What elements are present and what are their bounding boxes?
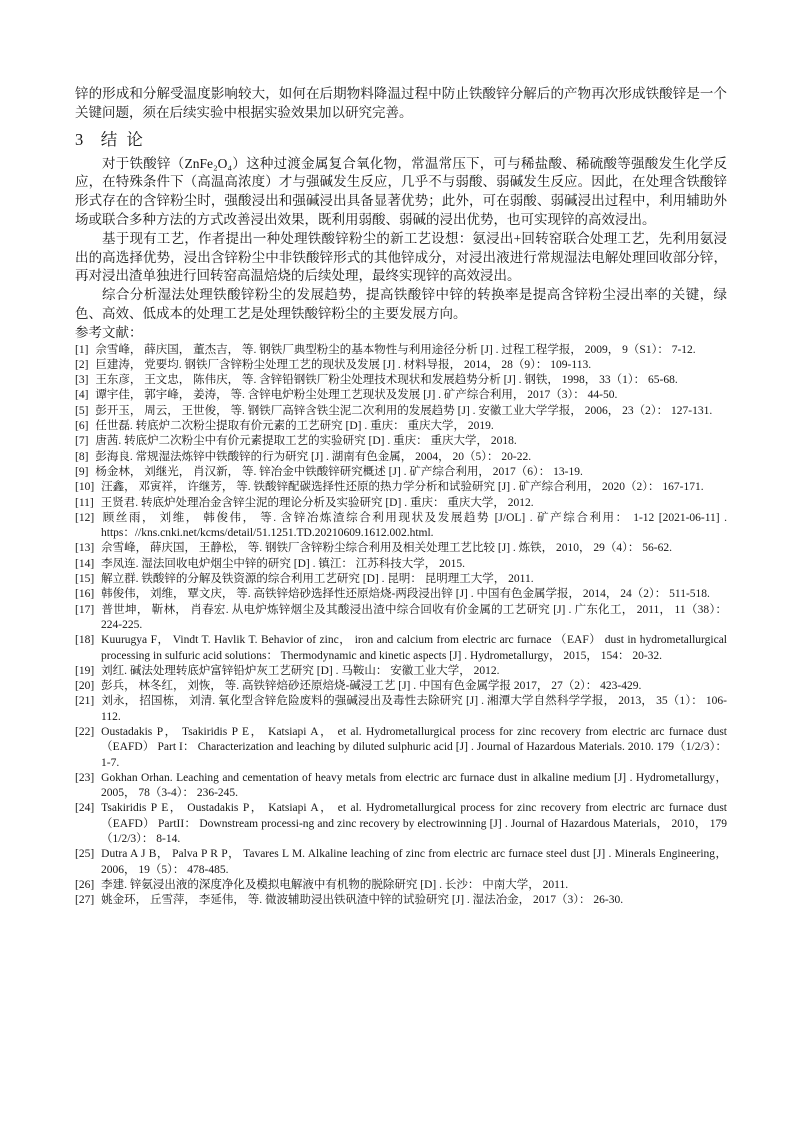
reference-label: [19] xyxy=(75,665,94,677)
reference-label: [27] xyxy=(75,894,94,906)
conclusion-paragraph-2: 基于现有工艺，作者提出一种处理铁酸锌粉尘的新工艺设想：氨浸出+回转窑联合处理工艺… xyxy=(75,230,727,286)
reference-item: [16]韩俊伟， 刘维， 覃文庆， 等. 高铁锌焙砂选择性还原焙烧-两段浸出锌 … xyxy=(75,587,727,602)
reference-label: [14] xyxy=(75,558,94,570)
reference-item: [9]杨金林， 刘继光， 肖汉新， 等. 锌冶金中铁酸锌研究概述 [J] . 矿… xyxy=(75,465,727,480)
reference-item: [2]巨建涛， 党要均. 钢铁厂含锌粉尘处理工艺的现状及发展 [J] . 材料导… xyxy=(75,358,727,373)
reference-item: [26]李建. 锌氨浸出液的深度净化及模拟电解液中有机物的脱除研究 [D] . … xyxy=(75,878,727,893)
reference-label: [2] xyxy=(75,359,88,371)
reference-item: [14]李凤连. 湿法回收电炉烟尘中锌的研究 [D] . 镇江： 江苏科技大学，… xyxy=(75,557,727,572)
reference-label: [12] xyxy=(75,512,94,524)
reference-text: 任世磊. 转底炉二次粉尘提取有价元素的工艺研究 [D] . 重庆： 重庆大学， … xyxy=(95,420,493,432)
reference-item: [21]刘永， 招国栋， 刘清. 氧化型含锌危险废料的强碱浸出及毒性去除研究 [… xyxy=(75,694,727,725)
reference-item: [6]任世磊. 转底炉二次粉尘提取有价元素的工艺研究 [D] . 重庆： 重庆大… xyxy=(75,419,727,434)
reference-text: 刘永， 招国栋， 刘清. 氧化型含锌危险废料的强碱浸出及毒性去除研究 [J] .… xyxy=(101,695,727,722)
reference-item: [3]王东彦， 王文忠， 陈伟庆， 等. 含锌铅钢铁厂粉尘处理技术现状和发展趋势… xyxy=(75,373,727,388)
reference-label: [8] xyxy=(75,451,88,463)
reference-label: [6] xyxy=(75,420,88,432)
reference-text: Gokhan Orhan. Leaching and cementation o… xyxy=(101,772,727,799)
reference-text: 顾丝雨， 刘维， 韩俊伟， 等. 含锌冶炼渣综合利用现状及发展趋势 [J/OL]… xyxy=(101,512,727,539)
reference-item: [17]普世坤， 靳林， 肖春宏. 从电炉炼锌烟尘及其酸浸出渣中综合回收有价金属… xyxy=(75,603,727,634)
reference-label: [22] xyxy=(75,726,94,738)
reference-label: [25] xyxy=(75,848,94,860)
reference-label: [13] xyxy=(75,542,94,554)
reference-item: [7]唐茜. 转底炉二次粉尘中有价元素提取工艺的实验研究 [D] . 重庆： 重… xyxy=(75,434,727,449)
reference-text: 彭兵， 林冬红， 刘恢， 等. 高铁锌焙砂还原焙烧-碱浸工艺 [J] . 中国有… xyxy=(101,680,641,692)
reference-label: [18] xyxy=(75,634,94,646)
paper-page: 锌的形成和分解受温度影响较大，如何在后期物料降温过程中防止铁酸锌分解后的产物再次… xyxy=(0,0,793,1122)
reference-label: [7] xyxy=(75,435,88,447)
section-heading: 3结 论 xyxy=(75,129,727,151)
reference-item: [25]Dutra A J B， Palva P R P， Tavares L … xyxy=(75,847,727,878)
reference-text: 唐茜. 转底炉二次粉尘中有价元素提取工艺的实验研究 [D] . 重庆： 重庆大学… xyxy=(95,435,516,447)
reference-text: Kuurugya F， Vindt T. Havlik T. Behavior … xyxy=(101,634,727,661)
reference-text: 李凤连. 湿法回收电炉烟尘中锌的研究 [D] . 镇江： 江苏科技大学， 201… xyxy=(101,558,465,570)
reference-item: [22]Oustadakis P， Tsakiridis P E， Katsia… xyxy=(75,725,727,771)
reference-text: Tsakiridis P E， Oustadakis P， Katsiapi A… xyxy=(101,802,727,845)
reference-item: [11]王贤君. 转底炉处理冶金含锌尘泥的理论分析及实验研究 [D] . 重庆：… xyxy=(75,496,727,511)
reference-item: [1]佘雪峰， 薛庆国， 董杰吉， 等. 钢铁厂典型粉尘的基本物性与利用途径分析… xyxy=(75,343,727,358)
reference-item: [23]Gokhan Orhan. Leaching and cementati… xyxy=(75,771,727,802)
reference-text: 王贤君. 转底炉处理冶金含锌尘泥的理论分析及实验研究 [D] . 重庆： 重庆大… xyxy=(101,497,534,509)
reference-item: [13]佘雪峰， 薛庆国， 王静松， 等. 钢铁厂含锌粉尘综合利用及相关处理工艺… xyxy=(75,541,727,556)
references-heading: 参考文献： xyxy=(75,324,727,343)
reference-text: 王东彦， 王文忠， 陈伟庆， 等. 含锌铅钢铁厂粉尘处理技术现状和发展趋势分析 … xyxy=(95,374,677,386)
reference-item: [4]谭宇佳， 郭宇峰， 姜涛， 等. 含锌电炉粉尘处理工艺现状及发展 [J] … xyxy=(75,388,727,403)
reference-text: Dutra A J B， Palva P R P， Tavares L M. A… xyxy=(101,848,727,875)
reference-label: [26] xyxy=(75,879,94,891)
reference-text: 李建. 锌氨浸出液的深度净化及模拟电解液中有机物的脱除研究 [D] . 长沙： … xyxy=(101,879,568,891)
reference-item: [27]姚金环， 丘雪萍， 李延伟， 等. 微波辅助浸出铁矾渣中锌的试验研究 [… xyxy=(75,893,727,908)
reference-text: 汪鑫， 邓寅祥， 许继芳， 等. 铁酸锌配碳选择性还原的热力学分析和试验研究 [… xyxy=(101,481,703,493)
reference-text: 刘红. 碱法处理转底炉富锌铅炉灰工艺研究 [D] . 马鞍山： 安徽工业大学， … xyxy=(101,665,499,677)
reference-label: [10] xyxy=(75,481,94,493)
reference-item: [8]彭海良. 常规湿法炼锌中铁酸锌的行为研究 [J] . 湖南有色金属， 20… xyxy=(75,450,727,465)
conclusion-paragraph-3: 综合分析湿法处理铁酸锌粉尘的发展趋势，提高铁酸锌中锌的转换率是提高含锌粉尘浸出率… xyxy=(75,286,727,324)
reference-text: 彭海良. 常规湿法炼锌中铁酸锌的行为研究 [J] . 湖南有色金属， 2004，… xyxy=(95,451,531,463)
reference-label: [24] xyxy=(75,802,94,814)
reference-text: Oustadakis P， Tsakiridis P E， Katsiapi A… xyxy=(101,726,727,769)
reference-item: [18]Kuurugya F， Vindt T. Havlik T. Behav… xyxy=(75,633,727,664)
reference-label: [15] xyxy=(75,573,94,585)
reference-item: [15]解立群. 铁酸锌的分解及铁资源的综合利用工艺研究 [D] . 昆明： 昆… xyxy=(75,572,727,587)
reference-item: [19]刘红. 碱法处理转底炉富锌铅炉灰工艺研究 [D] . 马鞍山： 安徽工业… xyxy=(75,664,727,679)
reference-text: 普世坤， 靳林， 肖春宏. 从电炉炼锌烟尘及其酸浸出渣中综合回收有价金属的工艺研… xyxy=(101,604,727,631)
reference-label: [20] xyxy=(75,680,94,692)
reference-text: 彭开玉， 周云， 王世俊， 等. 钢铁厂高锌含铁尘泥二次利用的发展趋势 [J] … xyxy=(95,405,712,417)
reference-label: [16] xyxy=(75,588,94,600)
reference-text: 谭宇佳， 郭宇峰， 姜涛， 等. 含锌电炉粉尘处理工艺现状及发展 [J] . 矿… xyxy=(95,389,617,401)
reference-item: [5]彭开玉， 周云， 王世俊， 等. 钢铁厂高锌含铁尘泥二次利用的发展趋势 [… xyxy=(75,404,727,419)
reference-text: 韩俊伟， 刘维， 覃文庆， 等. 高铁锌焙砂选择性还原焙烧-两段浸出锌 [J] … xyxy=(101,588,710,600)
reference-label: [3] xyxy=(75,374,88,386)
reference-label: [1] xyxy=(75,344,88,356)
reference-item: [12]顾丝雨， 刘维， 韩俊伟， 等. 含锌冶炼渣综合利用现状及发展趋势 [J… xyxy=(75,511,727,542)
reference-label: [17] xyxy=(75,604,94,616)
reference-label: [4] xyxy=(75,389,88,401)
reference-label: [21] xyxy=(75,695,94,707)
reference-text: 杨金林， 刘继光， 肖汉新， 等. 锌冶金中铁酸锌研究概述 [J] . 矿产综合… xyxy=(95,466,582,478)
reference-item: [24]Tsakiridis P E， Oustadakis P， Katsia… xyxy=(75,801,727,847)
intro-paragraph: 锌的形成和分解受温度影响较大，如何在后期物料降温过程中防止铁酸锌分解后的产物再次… xyxy=(75,85,727,123)
section-number: 3 xyxy=(75,130,84,149)
reference-label: [11] xyxy=(75,497,94,509)
reference-text: 姚金环， 丘雪萍， 李延伟， 等. 微波辅助浸出铁矾渣中锌的试验研究 [J] .… xyxy=(101,894,623,906)
reference-item: [20]彭兵， 林冬红， 刘恢， 等. 高铁锌焙砂还原焙烧-碱浸工艺 [J] .… xyxy=(75,679,727,694)
reference-text: 佘雪峰， 薛庆国， 王静松， 等. 钢铁厂含锌粉尘综合利用及相关处理工艺比较 [… xyxy=(101,542,672,554)
reference-label: [5] xyxy=(75,405,88,417)
reference-list: [1]佘雪峰， 薛庆国， 董杰吉， 等. 钢铁厂典型粉尘的基本物性与利用途径分析… xyxy=(75,343,727,909)
reference-text: 巨建涛， 党要均. 钢铁厂含锌粉尘处理工艺的现状及发展 [J] . 材料导报， … xyxy=(95,359,591,371)
reference-label: [23] xyxy=(75,772,94,784)
reference-text: 解立群. 铁酸锌的分解及铁资源的综合利用工艺研究 [D] . 昆明： 昆明理工大… xyxy=(101,573,533,585)
section-title: 结 论 xyxy=(101,130,144,149)
reference-text: 佘雪峰， 薛庆国， 董杰吉， 等. 钢铁厂典型粉尘的基本物性与利用途径分析 [J… xyxy=(95,344,695,356)
reference-item: [10]汪鑫， 邓寅祥， 许继芳， 等. 铁酸锌配碳选择性还原的热力学分析和试验… xyxy=(75,480,727,495)
reference-label: [9] xyxy=(75,466,88,478)
conclusion-paragraph-1: 对于铁酸锌（ZnFe₂O₄）这种过渡金属复合氧化物，常温常压下，可与稀盐酸、稀硫… xyxy=(75,155,727,230)
